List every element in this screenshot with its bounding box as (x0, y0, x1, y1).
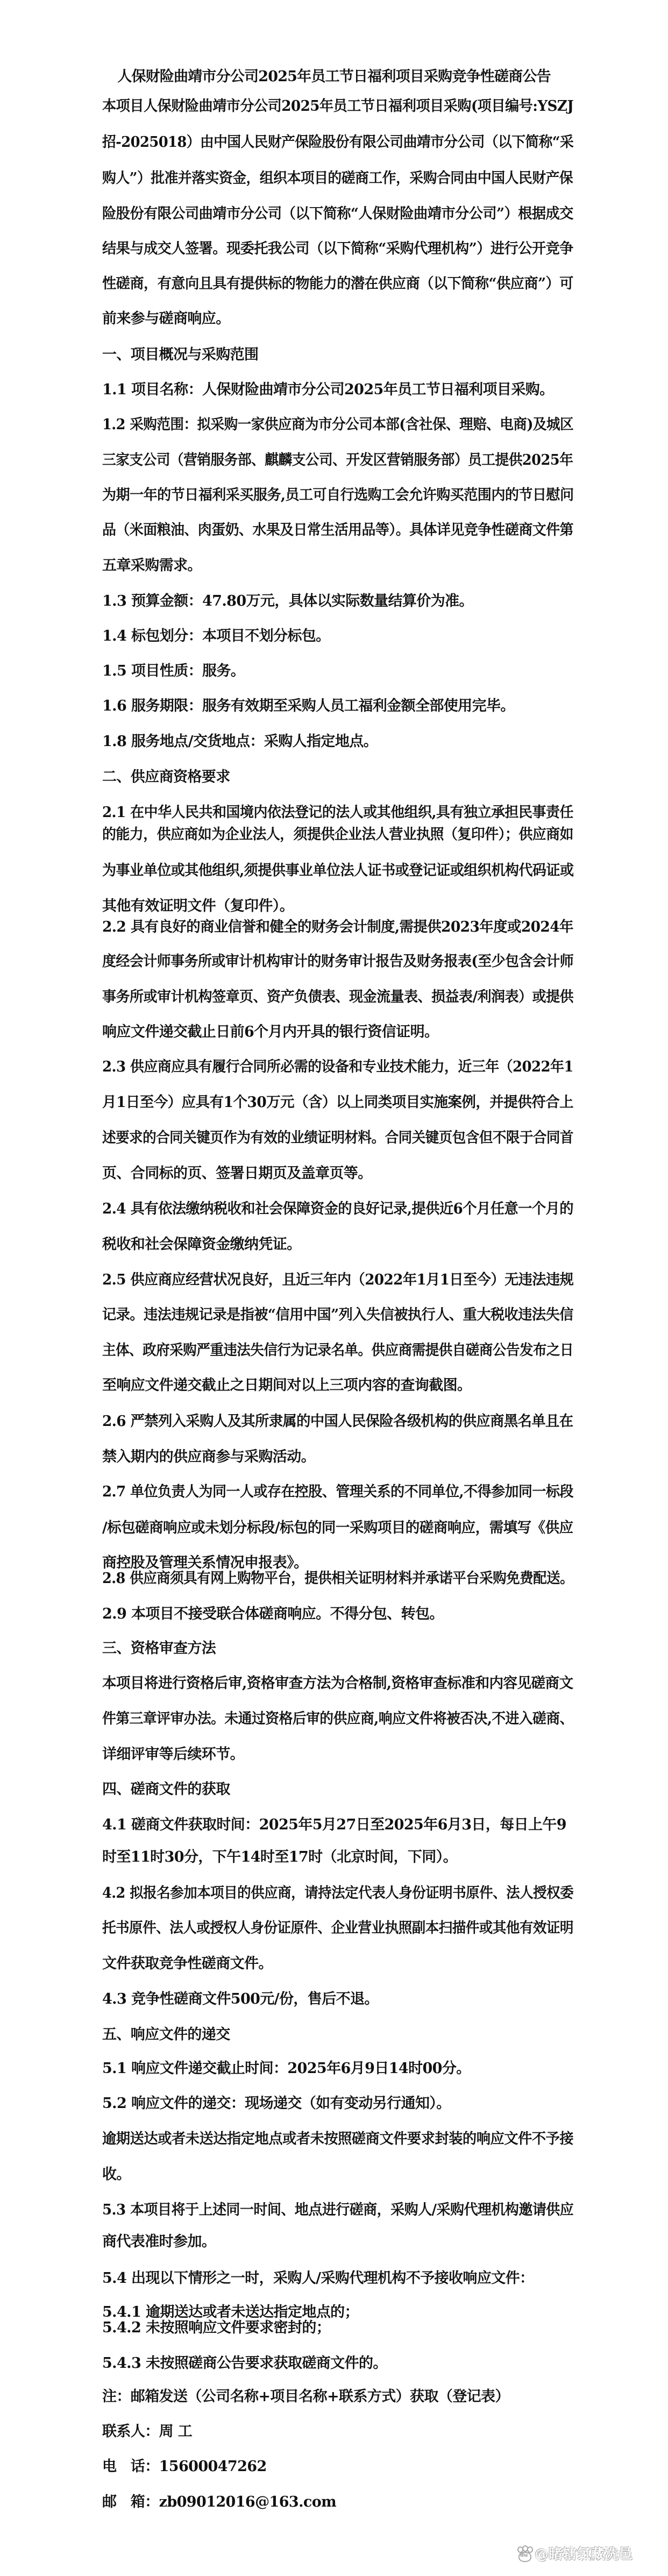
s3-body-line: 详细评审等后续环节。 (102, 1746, 573, 1763)
item-2-1-line: 的能力，供应商如为企业法人，须提供企业法人营业执照（复印件）；供应商如 (102, 826, 556, 843)
item-2-2-line: 响应文件递交截止日前6个月内开具的银行资信证明。 (102, 1024, 573, 1041)
item-1-1: 1.1 项目名称：人保财险曲靖市分公司2025年员工节日福利项目采购。 (102, 381, 573, 399)
item-2-1-line: 其他有效证明文件（复印件）。 (102, 898, 573, 915)
item-1-5: 1.5 项目性质：服务。 (102, 663, 573, 680)
contact-person: 联系人：周 工 (102, 2423, 573, 2440)
item-5-1: 5.1 响应文件递交截止时间：2025年6月9日14时00分。 (102, 2060, 573, 2077)
item-2-6-line: 2.6 严禁列入采购人及其所隶属的中国人民保险各级机构的供应商黑名单且在 (102, 1413, 561, 1430)
item-1-8: 1.8 服务地点/交货地点：采购人指定地点。 (102, 733, 573, 750)
item-5-2: 5.2 响应文件的递交：现场递交（如有变动另行通知）。 (102, 2095, 573, 2112)
item-2-3-line: 述要求的合同关键页作为有效的业绩证明材料。合同关键页包含但不限于合同首 (102, 1130, 549, 1147)
item-2-5-line: 2.5 供应商应经营状况良好，且近三年内（2022年1月1日至今）无违法违规 (102, 1272, 560, 1289)
section-heading-2: 二、供应商资格要求 (102, 769, 573, 786)
item-5-3-line: 商代表准时参加。 (102, 2233, 573, 2251)
item-1-3: 1.3 预算金额：47.80万元，具体以实际数量结算价为准。 (102, 593, 573, 610)
item-4-1-line: 时至11时30分，下午14时至17时（北京时间，下同）。 (102, 1849, 573, 1866)
watermark-text: @睹辖氯藏洗邑 (535, 2543, 633, 2563)
item-2-5-line: 记录。违法违规记录是指被“信用中国”列入失信被执行人、重大税收违法失信 (102, 1307, 560, 1324)
item-1-2-line: 三家支公司（营销服务部、麒麟支公司、开发区营销服务部）员工提供2025年 (102, 452, 552, 469)
intro-line: 性磋商，有意向且具有提供标的物能力的潜在供应商（以下简称“供应商”）可 (102, 275, 560, 293)
item-2-3-line: 2.3 供应商应具有履行合同所必需的设备和专业技术能力，近三年（2022年1 (102, 1059, 556, 1076)
item-4-2-line: 托书原件、法人或授权人身份证原件、企业营业执照副本扫描件或其他有效证明 (102, 1920, 549, 1937)
item-2-2-line: 度经会计师事务所或审计机构审计的财务审计报告及财务报表(至少包含会计师 (102, 953, 556, 970)
item-1-6: 1.6 服务期限：服务有效期至采购人员工福利金额全部使用完毕。 (102, 698, 573, 715)
contact-phone: 电 话：15600047262 (102, 2458, 573, 2475)
intro-line: 结果与成交人签署。现委托我公司（以下简称“采购代理机构”）进行公开竞争 (102, 240, 560, 258)
item-5-4-2: 5.4.2 未按照响应文件要求密封的； (102, 2319, 573, 2337)
intro-line: 前来参与磋商响应。 (102, 310, 573, 328)
document-title: 人保财险曲靖市分公司2025年员工节日福利项目采购竞争性磋商公告 (0, 68, 668, 86)
item-2-2-line: 2.2 具有良好的商业信誉和健全的财务会计制度,需提供2023年度或2024年 (102, 919, 564, 936)
item-2-3-line: 月1日至今）应具有1个30万元（含）以上同类项目实施案例，并提供符合上 (102, 1094, 565, 1111)
item-4-3: 4.3 竞争性磋商文件500元/份，售后不退。 (102, 1991, 573, 2008)
intro-line: 购人”）批准并落实资金，组织本项目的磋商工作，采购合同由中国人民财产保 (102, 170, 554, 187)
item-1-2-line: 五章采购需求。 (102, 557, 573, 574)
item-2-9: 2.9 本项目不接受联合体磋商响应。不得分包、转包。 (102, 1606, 573, 1623)
item-1-4: 1.4 标包划分：本项目不划分标包。 (102, 628, 573, 645)
section-heading-3: 三、资格审查方法 (102, 1640, 573, 1657)
item-2-7-line: /标包磋商响应或未划分标段/标包的同一采购项目的磋商响应，需填写《供应 (102, 1520, 566, 1537)
late-note-line: 逾期送达或者未送达指定地点或者未按照磋商文件要求封装的响应文件不予接 (102, 2131, 562, 2148)
item-2-5-line: 至响应文件递交截止之日期间对以上三项内容的查询截图。 (102, 1377, 573, 1394)
section-heading-5: 五、响应文件的递交 (102, 2026, 573, 2043)
item-2-7-line: 2.7 单位负责人为同一人或存在控股、管理关系的不同单位,不得参加同一标段 (102, 1484, 557, 1501)
watermark: du @睹辖氯藏洗邑 (516, 2543, 633, 2563)
item-4-2-line: 4.2 拟报名参加本项目的供应商，请持法定代表人身份证明书原件、法人授权委 (102, 1885, 549, 1902)
item-2-8: 2.8 供应商须具有网上购物平台，提供相关证明材料并承诺平台采购免费配送。 (102, 1570, 549, 1587)
item-5-4: 5.4 出现以下情形之一时，采购人/采购代理机构不予接收响应文件： (102, 2270, 573, 2287)
intro-line: 本项目人保财险曲靖市分公司2025年员工节日福利项目采购(项目编号:YSZJ (102, 98, 560, 115)
intro-line: 招-2025018）由中国人民财产保险股份有限公司曲靖市分公司（以下简称“采 (102, 134, 552, 151)
item-2-4-line: 2.4 具有依法缴纳税收和社会保障资金的良好记录,提供近6个月任意一个月的 (102, 1201, 561, 1218)
contact-email: 邮 箱：zb09012016@163.com (102, 2494, 573, 2511)
baidu-paw-icon: du (516, 2545, 532, 2561)
item-2-7-line: 商控股及管理关系情况申报表》。 (102, 1555, 573, 1572)
document-page: 人保财险曲靖市分公司2025年员工节日福利项目采购竞争性磋商公告 本项目人保财险… (0, 0, 668, 2576)
late-note-line: 收。 (102, 2166, 573, 2183)
item-2-1-line: 2.1 在中华人民共和国境内依法登记的法人或其他组织,具有独立承担民事责任 (102, 804, 557, 821)
item-5-4-3: 5.4.3 未按照磋商公告要求获取磋商文件的。 (102, 2355, 573, 2372)
item-5-3-line: 5.3 本项目将于上述同一时间、地点进行磋商，采购人/采购代理机构邀请供应 (102, 2202, 557, 2219)
item-2-2-line: 事务所或审计机构签章页、资产负债表、现金流量表、损益表/利润表）或提供 (102, 989, 557, 1006)
item-4-2-line: 文件获取竞争性磋商文件。 (102, 1955, 573, 1972)
item-2-1-line: 为事业单位或其他组织,须提供事业单位法人证书或登记证或组织机构代码证或 (102, 862, 558, 879)
item-2-3-line: 页、合同标的页、签署日期页及盖章页等。 (102, 1165, 573, 1182)
item-2-5-line: 主体、政府采购严重违法失信行为记录名单。供应商需提供自磋商公告发布之日 (102, 1342, 549, 1359)
item-1-2-line: 为期一年的节日福利采买服务,员工可自行选购工会允许购买范围内的节日慰问 (102, 487, 558, 504)
item-4-1-line: 4.1 磋商文件获取时间：2025年5月27日至2025年6月3日，每日上午9 (102, 1816, 573, 1834)
intro-line: 险股份有限公司曲靖市分公司（以下简称“人保财险曲靖市分公司”）根据成交 (102, 205, 560, 223)
item-5-4-1: 5.4.1 逾期送达或者未送达指定地点的； (102, 2304, 573, 2321)
registration-note: 注：邮箱发送（公司名称+项目名称+联系方式）获取（登记表） (102, 2388, 573, 2405)
item-1-2-line: 品（米面粮油、肉蛋奶、水果及日常生活用品等）。具体详见竞争性磋商文件第 (102, 522, 556, 539)
item-2-4-line: 税收和社会保障资金缴纳凭证。 (102, 1236, 573, 1253)
item-1-2-line: 1.2 采购范围：拟采购一家供应商为市分公司本部(含社保、理赔、电商)及城区 (102, 416, 549, 434)
section-heading-4: 四、磋商文件的获取 (102, 1781, 573, 1798)
section-heading-1: 一、项目概况与采购范围 (102, 346, 573, 364)
baidu-icon-text: du (520, 2552, 528, 2558)
s3-body-line: 本项目将进行资格后审,资格审查方法为合格制,资格审查标准和内容见磋商文 (102, 1675, 566, 1692)
item-2-6-line: 禁入期内的供应商参与采购活动。 (102, 1449, 573, 1466)
s3-body-line: 件第三章评审办法。未通过资格后审的供应商,响应文件将被否决,不进入磋商、 (102, 1711, 553, 1728)
